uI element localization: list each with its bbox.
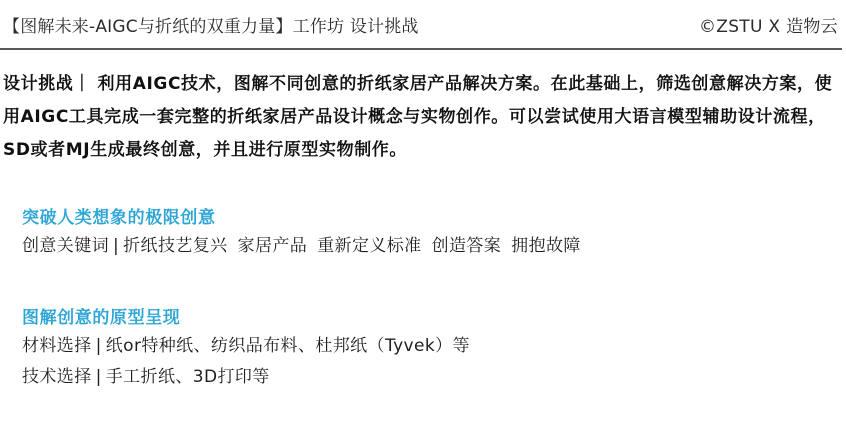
separator: | xyxy=(113,236,119,256)
header-divider xyxy=(0,48,842,50)
page-header: 【图解未来-AIGC与折纸的双重力量】工作坊 设计挑战 ©ZSTU X 造物云 xyxy=(0,0,846,49)
copyright-credit: ©ZSTU X 造物云 xyxy=(699,12,838,37)
section-title: 图解创意的原型呈现 xyxy=(22,305,470,331)
keyword: 拥抱故障 xyxy=(511,236,581,256)
challenge-text: 利用AIGC技术，图解不同创意的折纸家居产品解决方案。在此基础上，筛选创意解决方… xyxy=(3,74,832,160)
keyword: 折纸技艺复兴 xyxy=(123,236,227,256)
design-challenge-paragraph: 设计挑战｜ 利用AIGC技术，图解不同创意的折纸家居产品解决方案。在此基础上，筛… xyxy=(3,68,841,167)
section-creativity: 突破人类想象的极限创意 创意关键词|折纸技艺复兴家居产品重新定义标准创造答案拥抱… xyxy=(22,205,591,262)
keyword: 重新定义标准 xyxy=(317,236,421,256)
materials-value: 纸or特种纸、纺织品布料、杜邦纸（Tyvek）等 xyxy=(106,336,470,356)
separator: | xyxy=(96,367,102,387)
techniques-label: 技术选择 xyxy=(22,367,92,387)
keyword: 家居产品 xyxy=(238,236,308,256)
challenge-label: 设计挑战｜ xyxy=(3,74,91,94)
materials-line: 材料选择|纸or特种纸、纺织品布料、杜邦纸（Tyvek）等 xyxy=(22,331,470,362)
techniques-value: 手工折纸、3D打印等 xyxy=(106,367,270,387)
keywords-line: 创意关键词|折纸技艺复兴家居产品重新定义标准创造答案拥抱故障 xyxy=(22,231,591,262)
materials-label: 材料选择 xyxy=(22,336,92,356)
separator: | xyxy=(96,336,102,356)
keywords-label: 创意关键词 xyxy=(22,236,109,256)
techniques-line: 技术选择|手工折纸、3D打印等 xyxy=(22,362,470,393)
workshop-title: 【图解未来-AIGC与折纸的双重力量】工作坊 设计挑战 xyxy=(3,12,419,37)
section-prototype: 图解创意的原型呈现 材料选择|纸or特种纸、纺织品布料、杜邦纸（Tyvek）等 … xyxy=(22,305,470,393)
keyword: 创造答案 xyxy=(432,236,502,256)
section-title: 突破人类想象的极限创意 xyxy=(22,205,591,231)
